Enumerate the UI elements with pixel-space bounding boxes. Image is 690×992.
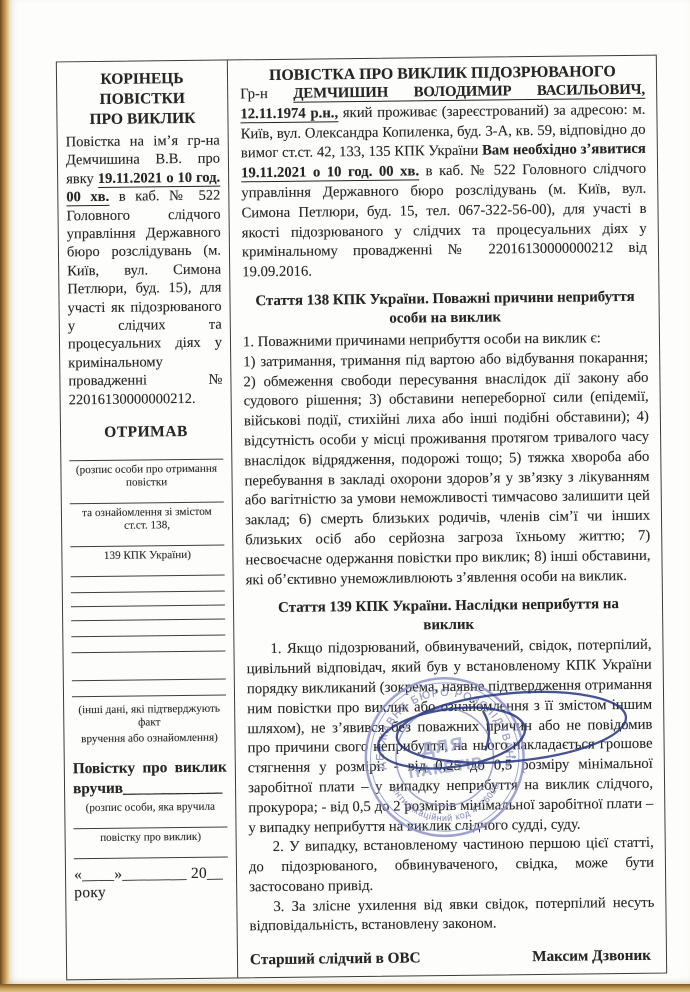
summons-form: КОРІНЕЦЬ ПОВІСТКИ ПРО ВИКЛИК Повістка на… bbox=[56, 55, 667, 981]
article-139-paragraph-1: 1. Якщо підозрюваний, обвинувачений, сві… bbox=[246, 636, 653, 839]
blank-line bbox=[72, 651, 226, 654]
signature-line bbox=[74, 827, 228, 830]
suspect-dob: 12.11.1974 р.н., bbox=[240, 105, 338, 123]
other-data-note-1: (інші дані, які підтверджують факт bbox=[72, 703, 226, 731]
main-column: ПОВІСТКА ПРО ВИКЛИК ПІДОЗРЮВАНОГО Гр-н Д… bbox=[228, 56, 666, 978]
blank-line bbox=[71, 591, 225, 594]
blank-line bbox=[71, 635, 225, 638]
signature-caption-3: 139 КПК України) bbox=[70, 549, 224, 564]
handed-caption-1: (розпис особи, яка вручила bbox=[73, 801, 227, 816]
stub-title: КОРІНЕЦЬ ПОВІСТКИ ПРО ВИКЛИК bbox=[65, 69, 220, 131]
date-template: «____»________ 20__ року bbox=[74, 865, 228, 903]
blank-line bbox=[71, 619, 225, 622]
signature-row: Старший слідчий в ОВС Максим Дзвоник bbox=[250, 947, 655, 970]
handed-caption-2: повістку про виклик) bbox=[74, 831, 228, 846]
signature-line bbox=[70, 502, 224, 505]
stub-body-text: Повістка на ім’я гр-на Демчишина В.В. пр… bbox=[66, 132, 223, 410]
stub-title-line1: КОРІНЕЦЬ ПОВІСТКИ bbox=[65, 69, 219, 111]
signature-line bbox=[69, 459, 223, 462]
blank-line bbox=[72, 695, 226, 698]
suspect-name: ДЕМЧИШИН ВОЛОДИМИР ВАСИЛЬОВИЧ, bbox=[293, 82, 645, 103]
signature-caption-2: та ознайомлення зі змістом ст.ст. 138, bbox=[70, 506, 224, 534]
other-data-note-2: вручення або ознайомлення) bbox=[72, 732, 226, 747]
appearance-datetime: 19.11.2021 о 10 год. 00 хв. bbox=[241, 164, 419, 183]
document-page: КОРІНЕЦЬ ПОВІСТКИ ПРО ВИКЛИК Повістка на… bbox=[9, 0, 690, 984]
stub-body-post: в каб. № 522 Головного слідчого управлін… bbox=[66, 188, 222, 408]
blank-line bbox=[71, 605, 225, 608]
article-139-heading: Стаття 139 КПК України. Наслідки неприбу… bbox=[252, 595, 645, 637]
intro-gr: Гр-н bbox=[240, 86, 293, 103]
stub-title-line2: ПРО ВИКЛИК bbox=[65, 109, 219, 131]
article-138-items: 1) затримання, тримання під вартою або в… bbox=[243, 349, 651, 591]
blank-line bbox=[71, 575, 225, 578]
signatory-name: Максим Дзвоник bbox=[532, 947, 651, 966]
scan-edge-bottom bbox=[0, 984, 690, 992]
summons-intro: Гр-н ДЕМЧИШИН ВОЛОДИМИР ВАСИЛЬОВИЧ, 12.1… bbox=[240, 81, 647, 284]
signature-line bbox=[70, 545, 224, 548]
article-139-paragraph-2: 2. У випадку, встановленому частиною пер… bbox=[249, 834, 655, 898]
signature-line bbox=[74, 857, 228, 860]
signatory-title: Старший слідчий в ОВС bbox=[250, 950, 421, 970]
article-139-paragraph-3: 3. За злісне ухилення від явки свідок, п… bbox=[249, 893, 654, 937]
article-138-heading: Стаття 138 КПК України. Поважні причини … bbox=[248, 288, 641, 330]
handed-by-label: Повістку про виклик вручив_____________ bbox=[73, 758, 227, 800]
blank-line bbox=[72, 679, 226, 682]
must-appear-text: Вам необхідно з’явитися bbox=[482, 141, 646, 159]
signature-caption-1: (розпис особи про отримання повістки bbox=[69, 463, 223, 491]
stub-column: КОРІНЕЦЬ ПОВІСТКИ ПРО ВИКЛИК Повістка на… bbox=[57, 60, 238, 979]
scan-edge-left bbox=[0, 0, 9, 992]
received-heading: ОТРИМАВ bbox=[69, 423, 223, 443]
